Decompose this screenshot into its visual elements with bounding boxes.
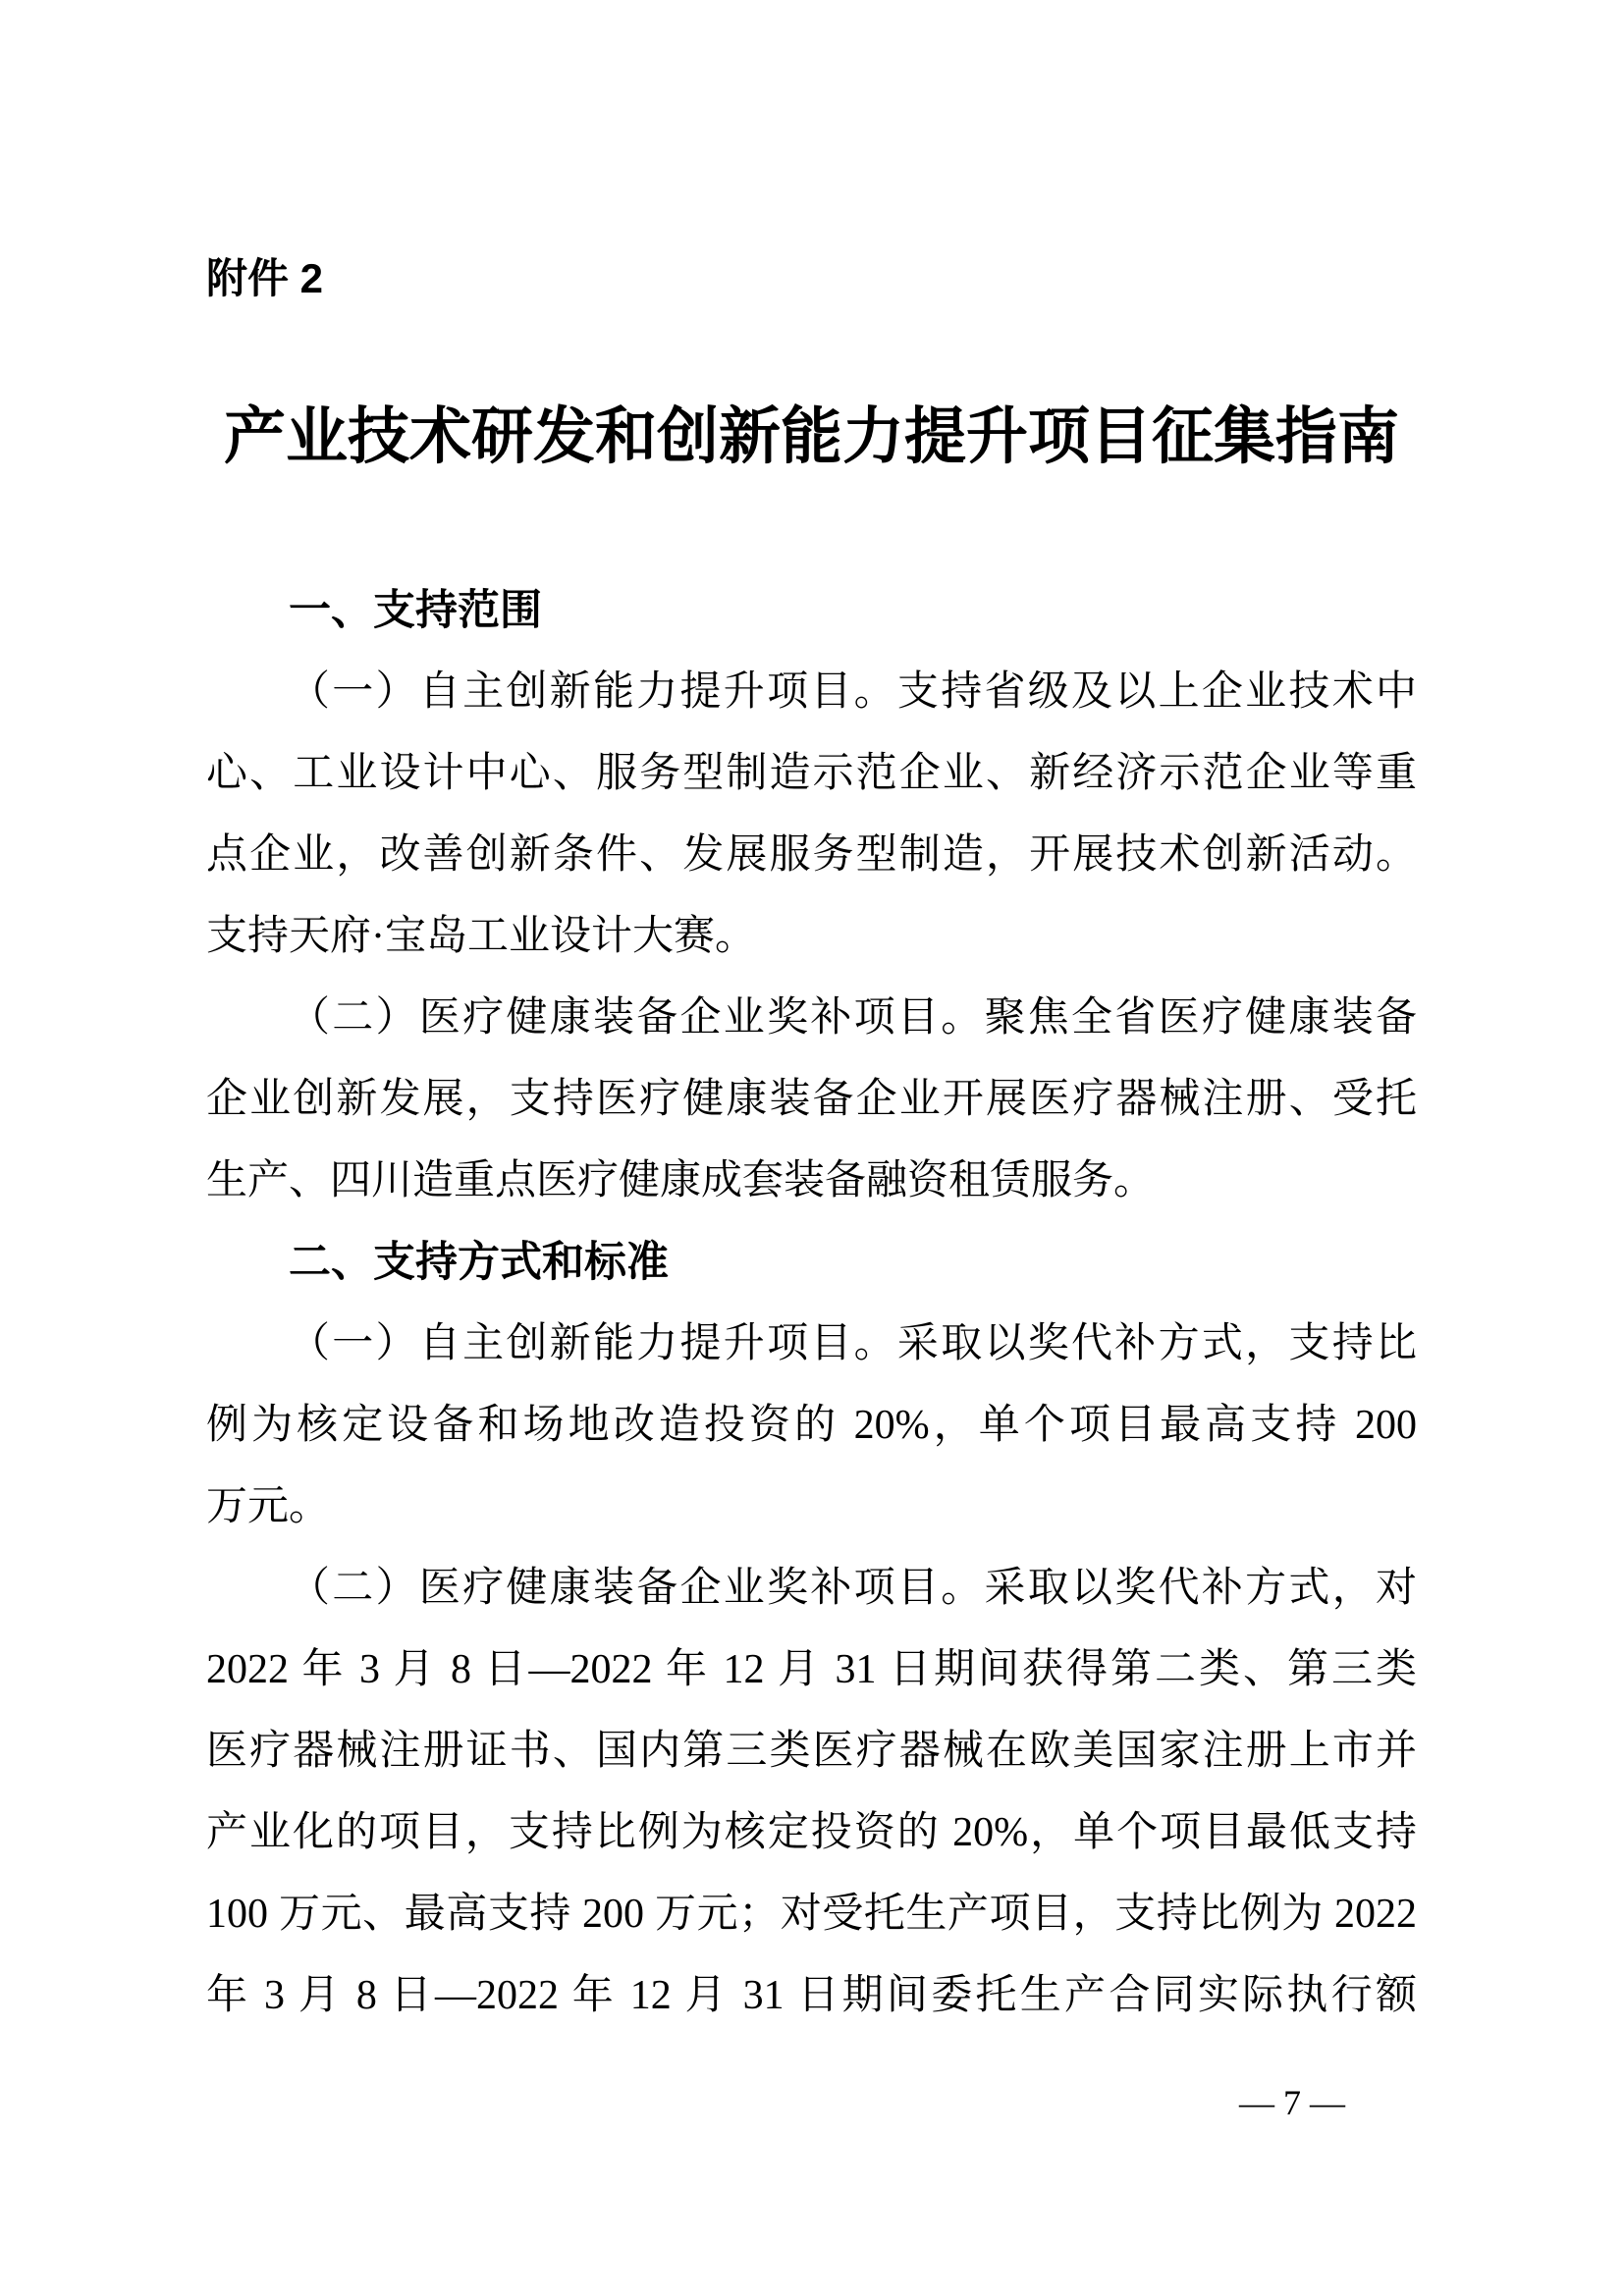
document-line: （一）自主创新能力提升项目。采取以奖代补方式，支持比 <box>206 1304 1417 1385</box>
page-number: — 7 — <box>1239 2081 1345 2124</box>
document-line: （二）医疗健康装备企业奖补项目。采取以奖代补方式，对 <box>206 1548 1417 1629</box>
document-line: 2022 年 3 月 8 日—2022 年 12 月 31 日期间获得第二类、第… <box>206 1629 1417 1711</box>
document-line: 点企业，改善创新条件、发展服务型制造，开展技术创新活动。 <box>206 815 1417 896</box>
document-line: 心、工业设计中心、服务型制造示范企业、新经济示范企业等重 <box>206 733 1417 815</box>
document-line: 产业化的项目，支持比例为核定投资的 20%，单个项目最低支持 <box>206 1792 1417 1874</box>
attachment-label: 附件 2 <box>206 257 323 300</box>
document-line: 生产、四川造重点医疗健康成套装备融资租赁服务。 <box>206 1141 1417 1222</box>
section-heading: 二、支持方式和标准 <box>206 1222 1417 1304</box>
document-line: 医疗器械注册证书、国内第三类医疗器械在欧美国家注册上市并 <box>206 1711 1417 1792</box>
document-line: 万元。 <box>206 1467 1417 1548</box>
document-body: 一、支持范围（一）自主创新能力提升项目。支持省级及以上企业技术中心、工业设计中心… <box>206 570 1417 2037</box>
document-line: 企业创新发展，支持医疗健康装备企业开展医疗器械注册、受托 <box>206 1059 1417 1141</box>
document-title: 产业技术研发和创新能力提升项目征集指南 <box>206 400 1417 473</box>
document-line: 例为核定设备和场地改造投资的 20%，单个项目最高支持 200 <box>206 1385 1417 1467</box>
section-heading: 一、支持范围 <box>206 570 1417 652</box>
document-line: 年 3 月 8 日—2022 年 12 月 31 日期间委托生产合同实际执行额 <box>206 1955 1417 2037</box>
document-line: （二）医疗健康装备企业奖补项目。聚焦全省医疗健康装备 <box>206 978 1417 1059</box>
document-line: 100 万元、最高支持 200 万元；对受托生产项目，支持比例为 2022 <box>206 1874 1417 1955</box>
document-page: 附件 2 产业技术研发和创新能力提升项目征集指南 一、支持范围（一）自主创新能力… <box>0 0 1624 2296</box>
document-line: （一）自主创新能力提升项目。支持省级及以上企业技术中 <box>206 652 1417 733</box>
document-line: 支持天府·宝岛工业设计大赛。 <box>206 896 1417 978</box>
